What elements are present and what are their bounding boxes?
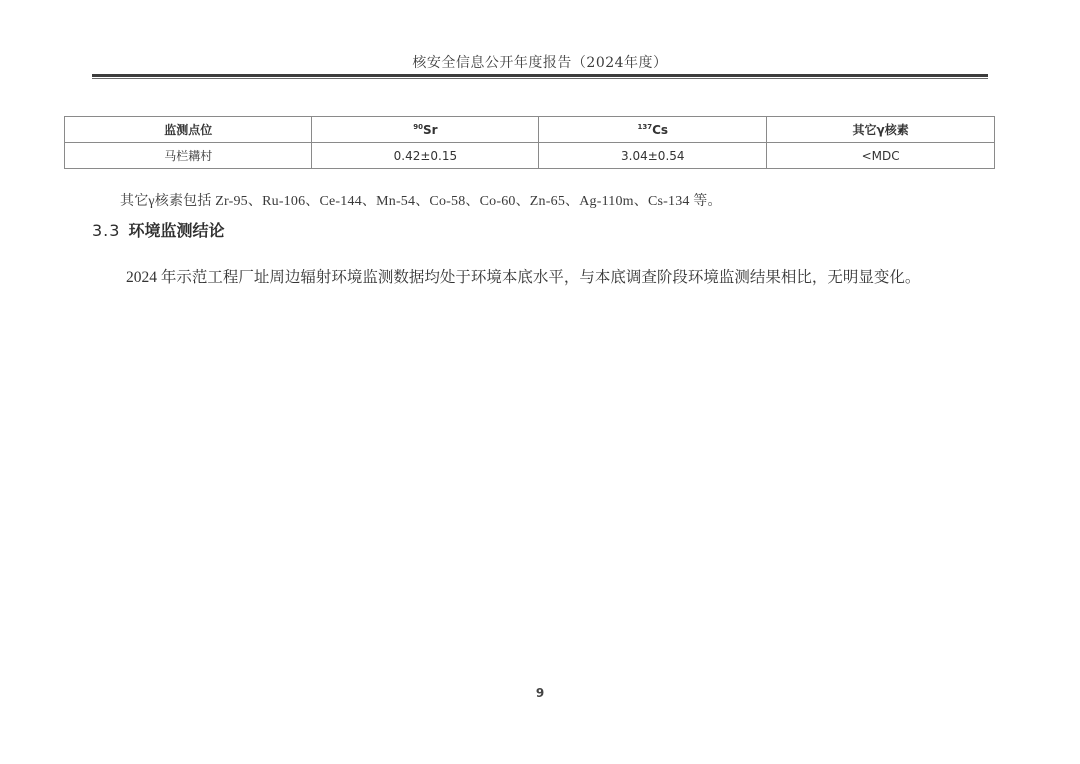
- monitoring-results-table: 监测点位 90Sr 137Cs 其它γ核素 马栏耩村 0.42±0.15 3.0…: [64, 116, 995, 169]
- page-number: 9: [500, 686, 580, 700]
- column-header-label: 监测点位: [164, 123, 212, 137]
- cell-sr90: 0.42±0.15: [312, 143, 539, 169]
- mass-number-superscript: 137: [637, 123, 652, 131]
- table-header-row: 监测点位 90Sr 137Cs 其它γ核素: [65, 117, 995, 143]
- section-heading: 3.3环境监测结论: [92, 218, 224, 241]
- header-rule-thin: [92, 78, 988, 79]
- column-header-label: Cs: [652, 123, 668, 137]
- column-header-cs137: 137Cs: [539, 117, 767, 143]
- table-footnote: 其它γ核素包括 Zr-95、Ru-106、Ce-144、Mn-54、Co-58、…: [120, 190, 722, 210]
- section-number: 3.3: [92, 221, 120, 240]
- section-title: 环境监测结论: [128, 221, 224, 240]
- mass-number-superscript: 90: [413, 123, 423, 131]
- column-header-label: 其它γ核素: [853, 123, 909, 137]
- page-header-title: 核安全信息公开年度报告（2024年度）: [92, 52, 988, 72]
- conclusion-paragraph: 2024 年示范工程厂址周边辐射环境监测数据均处于环境本底水平，与本底调查阶段环…: [92, 258, 990, 297]
- table-row: 马栏耩村 0.42±0.15 3.04±0.54 <MDC: [65, 143, 995, 169]
- column-header-label: Sr: [423, 123, 438, 137]
- column-header-other-gamma: 其它γ核素: [767, 117, 995, 143]
- cell-cs137: 3.04±0.54: [539, 143, 767, 169]
- cell-other-gamma: <MDC: [767, 143, 995, 169]
- column-header-location: 监测点位: [65, 117, 312, 143]
- column-header-sr90: 90Sr: [312, 117, 539, 143]
- cell-location: 马栏耩村: [65, 143, 312, 169]
- header-double-rule: [92, 74, 988, 80]
